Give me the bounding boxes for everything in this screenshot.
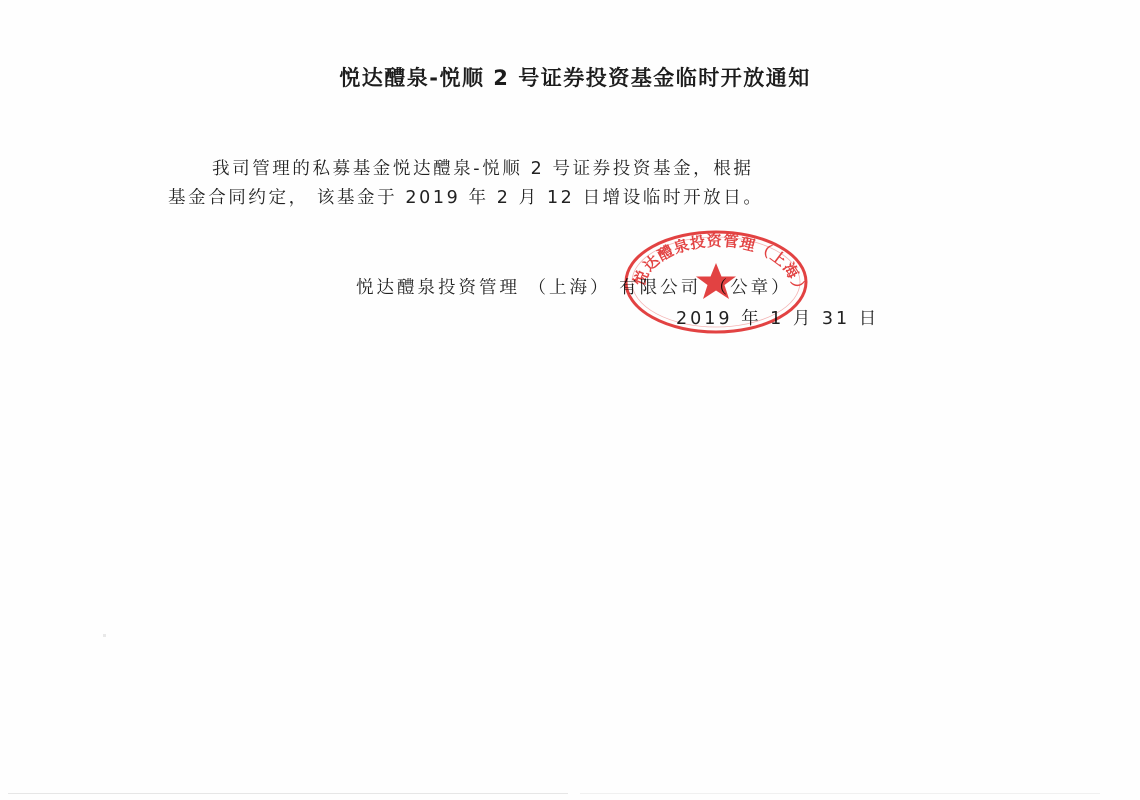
seal-star-icon (696, 263, 736, 299)
company-seal-icon: 悦达醴泉投资管理（上海）有限公司 (622, 229, 810, 335)
notice-body-line-2: 基金合同约定， 该基金于 2019 年 2 月 12 日增设临时开放日。 (168, 184, 968, 213)
notice-body: 我司管理的私募基金悦达醴泉-悦顺 2 号证券投资基金，根据 基金合同约定， 该基… (168, 155, 968, 213)
scan-edge-line (580, 793, 1100, 794)
notice-body-line-1: 我司管理的私募基金悦达醴泉-悦顺 2 号证券投资基金，根据 (168, 155, 968, 184)
scan-edge-line (8, 793, 568, 794)
scan-speck (103, 634, 106, 637)
document-page: 悦达醴泉-悦顺 2 号证券投资基金临时开放通知 我司管理的私募基金悦达醴泉-悦顺… (0, 0, 1140, 800)
notice-title: 悦达醴泉-悦顺 2 号证券投资基金临时开放通知 (0, 62, 1140, 92)
